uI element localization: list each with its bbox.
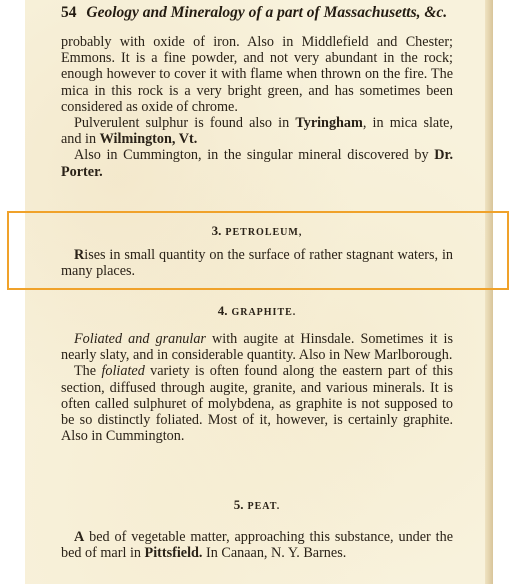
section-title: GRAPHITE. (231, 307, 296, 318)
place-wilmington: Wilmington, Vt. (100, 131, 198, 147)
paragraph-foliated-granular: Foliated and granular with augite at Hin… (61, 331, 453, 363)
page-fold-shadow (485, 0, 493, 584)
section-title: PEAT. (248, 501, 281, 512)
paragraph-sulphur: Pulverulent sulphur is found also in Tyr… (61, 115, 453, 147)
highlight-box-petroleum (7, 211, 509, 290)
place-pittsfield: Pittsfield. (145, 545, 203, 561)
running-head: 54 Geology and Mineralogy of a part of M… (61, 4, 461, 22)
paragraph-mica: probably with oxide of iron. Also in Mid… (61, 34, 453, 115)
section-body-peat: A bed of vegetable matter, approaching t… (61, 529, 453, 561)
page-number: 54 (61, 4, 77, 21)
section-heading-peat: 5.PEAT. (61, 497, 453, 513)
running-title: Geology and Mineralogy of a part of Mass… (86, 4, 447, 21)
section-heading-graphite: 4.GRAPHITE. (61, 303, 453, 319)
paragraph-foliated-variety: The foliated variety is often found alon… (61, 363, 453, 444)
section-body-graphite: Foliated and granular with augite at Hin… (61, 331, 453, 444)
continuation-text: probably with oxide of iron. Also in Mid… (61, 34, 453, 180)
place-tyringham: Tyringham (295, 115, 363, 131)
paragraph-cummington: Also in Cummington, in the singular mine… (61, 147, 453, 179)
